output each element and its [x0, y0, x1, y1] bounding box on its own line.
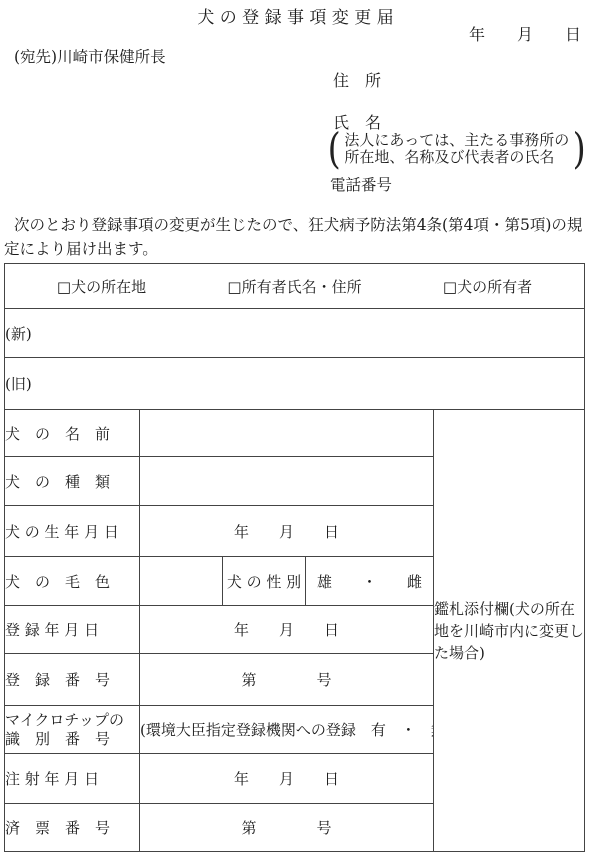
- open-paren: (: [328, 129, 341, 169]
- table-row: □犬の所在地 □所有者氏名・住所 □犬の所有者: [5, 264, 585, 309]
- table-row: (旧): [5, 358, 585, 410]
- dog-birthdate-input-cell[interactable]: 年 月 日: [140, 506, 434, 557]
- corporate-note-line2: 所在地、名称及び代表者の氏名: [344, 148, 554, 166]
- ticket-number-input-cell[interactable]: 第 号: [140, 804, 434, 852]
- dog-registration-change-form: 犬 の 登 録 事 項 変 更 届 年 月 日 (宛先)川崎市保健所長 住 所 …: [0, 0, 591, 854]
- close-paren: ): [573, 129, 586, 169]
- corporate-note: ( 法人にあっては、主たる事務所の 所在地、名称及び代表者の氏名 ): [326, 129, 588, 169]
- checkbox-dog-location[interactable]: □: [57, 278, 71, 296]
- table-row: 犬 の 名 前 鑑札添付欄(犬の所在地を川崎市内に変更した場合): [5, 410, 585, 457]
- new-label: (新): [5, 325, 32, 343]
- dog-name-input-cell[interactable]: [140, 410, 434, 457]
- dog-sex-label: 犬 の 性 別: [223, 557, 306, 606]
- old-value-cell[interactable]: (旧): [5, 358, 585, 410]
- table-row: (新): [5, 309, 585, 358]
- registration-change-table: □犬の所在地 □所有者氏名・住所 □犬の所有者 (新) (旧) 犬 の 名 前 …: [4, 263, 585, 852]
- option-dog-owner-label: 犬の所有者: [457, 278, 532, 296]
- microchip-id-label-line1: マイクロチップの: [5, 711, 124, 729]
- option-dog-owner: □犬の所有者: [391, 276, 584, 297]
- checkbox-owner-name-address[interactable]: □: [227, 278, 241, 296]
- microchip-id-input-cell[interactable]: (環境大臣指定登録機関への登録 有 ・ 無): [140, 706, 434, 754]
- dog-birthdate-label: 犬 の 生 年 月 日: [5, 506, 140, 557]
- corporate-note-text: 法人にあっては、主たる事務所の 所在地、名称及び代表者の氏名: [342, 132, 571, 167]
- dog-color-input-cell[interactable]: [140, 557, 223, 606]
- option-owner-name-address-label: 所有者氏名・住所: [242, 278, 362, 296]
- declaration-paragraph: 次のとおり登録事項の変更が生じたので、狂犬病予防法第4条(第4項・第5項)の規定…: [4, 213, 587, 261]
- registration-number-label: 登 録 番 号: [5, 654, 140, 706]
- registration-date-label: 登 録 年 月 日: [5, 606, 140, 654]
- ticket-number-label: 済 票 番 号: [5, 804, 140, 852]
- dog-breed-input-cell[interactable]: [140, 457, 434, 506]
- dog-name-label: 犬 の 名 前: [5, 410, 140, 457]
- old-label: (旧): [5, 375, 32, 393]
- address-field-label: 住 所: [333, 68, 381, 91]
- dog-sex-choice-cell[interactable]: 雄 ・ 雌: [306, 557, 434, 606]
- microchip-id-label-line2: 識 別 番 号: [5, 730, 110, 748]
- registration-number-input-cell[interactable]: 第 号: [140, 654, 434, 706]
- injection-date-label: 注 射 年 月 日: [5, 754, 140, 804]
- option-owner-name-address: □所有者氏名・住所: [198, 276, 391, 297]
- option-dog-location-label: 犬の所在地: [71, 278, 146, 296]
- dog-breed-label: 犬 の 種 類: [5, 457, 140, 506]
- date-field[interactable]: 年 月 日: [469, 22, 581, 45]
- corporate-note-line1: 法人にあっては、主たる事務所の: [344, 131, 569, 149]
- checkbox-dog-owner[interactable]: □: [443, 278, 457, 296]
- injection-date-input-cell[interactable]: 年 月 日: [140, 754, 434, 804]
- change-options: □犬の所在地 □所有者氏名・住所 □犬の所有者: [5, 276, 584, 297]
- registration-date-input-cell[interactable]: 年 月 日: [140, 606, 434, 654]
- new-value-cell[interactable]: (新): [5, 309, 585, 358]
- dog-color-label: 犬 の 毛 色: [5, 557, 140, 606]
- phone-field-label: 電話番号: [330, 173, 392, 195]
- addressee-label: (宛先)川崎市保健所長: [14, 45, 166, 67]
- microchip-id-label: マイクロチップの識 別 番 号: [5, 706, 140, 754]
- option-dog-location: □犬の所在地: [5, 276, 198, 297]
- change-options-cell: □犬の所在地 □所有者氏名・住所 □犬の所有者: [5, 264, 585, 309]
- tag-attachment-cell[interactable]: 鑑札添付欄(犬の所在地を川崎市内に変更した場合): [434, 410, 585, 852]
